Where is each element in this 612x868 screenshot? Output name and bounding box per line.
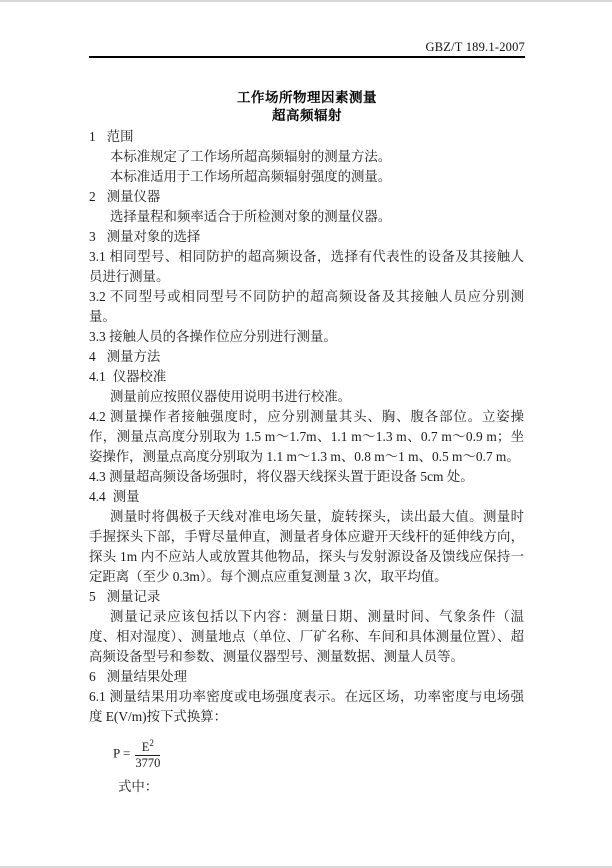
section-heading: 6测量结果处理 bbox=[89, 667, 524, 687]
title-line-2: 超高频辐射 bbox=[89, 107, 525, 125]
fraction-denominator: 3770 bbox=[135, 756, 160, 771]
paragraph: 本标准规定了工作场所超高频辐射的测量方法。 bbox=[89, 147, 524, 167]
paragraph: 3.1 相同型号、相同防护的超高频设备，选择有代表性的设备及其接触人员进行测量。 bbox=[89, 247, 524, 287]
section-number: 3 bbox=[89, 227, 96, 247]
document-body: 1范围本标准规定了工作场所超高频辐射的测量方法。本标准适用于工作场所超高频辐射强… bbox=[89, 127, 524, 797]
page-header: GBZ/T 189.1-2007 bbox=[89, 40, 525, 58]
section-heading: 4.4测量 bbox=[89, 487, 524, 507]
section-label: 测量记录 bbox=[107, 589, 161, 604]
paragraph: 本标准适用于工作场所超高频辐射强度的测量。 bbox=[89, 167, 524, 187]
page-top-edge bbox=[0, 0, 612, 2]
section-label: 测量对象的选择 bbox=[107, 229, 201, 244]
section-number: 4 bbox=[89, 347, 96, 367]
section-heading: 4.1仪器校准 bbox=[89, 367, 524, 387]
doc-number: GBZ/T 189.1-2007 bbox=[89, 40, 525, 54]
section-label: 测量方法 bbox=[107, 349, 161, 364]
paragraph: 6.1 测量结果用功率密度或电场强度表示。在远区场，功率密度与电场强度 E(V/… bbox=[89, 687, 524, 727]
section-number: 4.1 bbox=[89, 367, 106, 387]
formula: P =E23770 bbox=[113, 736, 524, 767]
section-heading: 2测量仪器 bbox=[89, 187, 524, 207]
paragraph: 3.3 接触人员的各操作位应分别进行测量。 bbox=[89, 327, 524, 347]
title-line-1: 工作场所物理因素测量 bbox=[89, 89, 525, 107]
section-number: 6 bbox=[89, 667, 96, 687]
section-number: 1 bbox=[89, 127, 96, 147]
paragraph: 测量前应按照仪器使用说明书进行校准。 bbox=[89, 387, 524, 407]
section-heading: 5测量记录 bbox=[89, 587, 524, 607]
fraction: E23770 bbox=[135, 736, 160, 771]
paragraph: 测量时将偶极子天线对准电场矢量，旋转探头，读出最大值。测量时手握探头下部，手臂尽… bbox=[89, 507, 524, 587]
paragraph: 3.2 不同型号或相同型号不同防护的超高频设备及其接触人员应分别测量。 bbox=[89, 287, 524, 327]
section-number: 5 bbox=[89, 587, 96, 607]
section-number: 4.4 bbox=[89, 487, 106, 507]
section-label: 测量 bbox=[113, 489, 140, 504]
paragraph: 4.3 测量超高频设备场强时，将仪器天线探头置于距设备 5cm 处。 bbox=[89, 467, 524, 487]
section-heading: 4测量方法 bbox=[89, 347, 524, 367]
section-number: 2 bbox=[89, 187, 96, 207]
section-label: 仪器校准 bbox=[113, 369, 167, 384]
document-title: 工作场所物理因素测量 超高频辐射 bbox=[89, 89, 525, 124]
document-page: GBZ/T 189.1-2007 工作场所物理因素测量 超高频辐射 1范围本标准… bbox=[0, 0, 612, 868]
section-heading: 1范围 bbox=[89, 127, 524, 147]
section-label: 范围 bbox=[107, 129, 134, 144]
section-heading: 3测量对象的选择 bbox=[89, 227, 524, 247]
paragraph: 测量记录应该包括以下内容：测量日期、测量时间、气象条件（温度、相对湿度）、测量地… bbox=[89, 607, 524, 667]
paragraph: 选择量程和频率适合于所检测对象的测量仪器。 bbox=[89, 207, 524, 227]
paragraph: 4.2 测量操作者接触强度时，应分别测量其头、胸、腹各部位。立姿操作，测量点高度… bbox=[89, 407, 524, 467]
formula-note: 式中： bbox=[118, 777, 524, 797]
formula-lhs: P = bbox=[113, 746, 130, 761]
fraction-numerator: E2 bbox=[135, 736, 160, 756]
section-label: 测量结果处理 bbox=[107, 669, 187, 684]
section-label: 测量仪器 bbox=[107, 189, 161, 204]
